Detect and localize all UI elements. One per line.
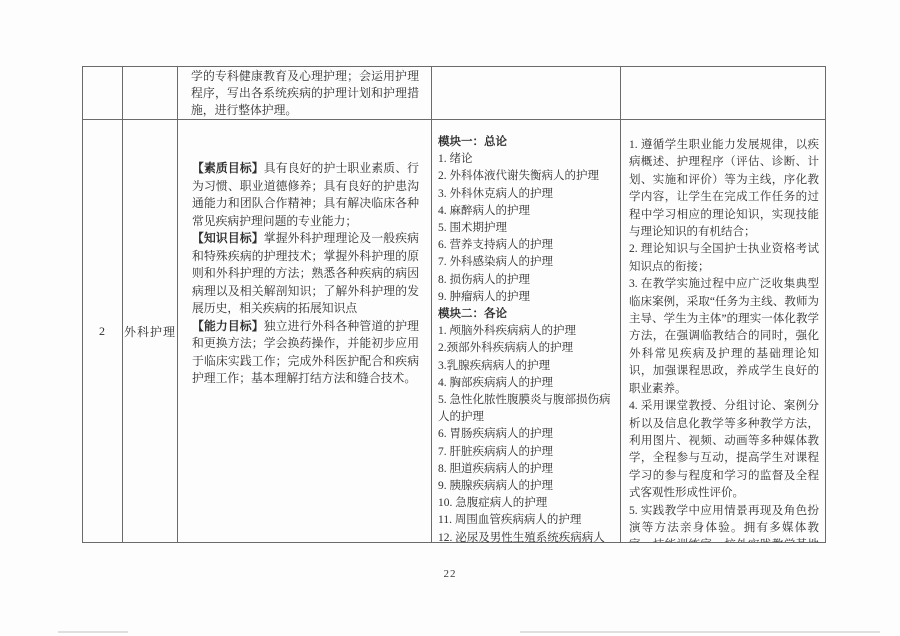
page-number: 22 — [0, 568, 900, 580]
module-item: 3.乳腺疾病病人的护理 — [438, 358, 612, 375]
note-item: 3. 在教学实施过程中应广泛收集典型临床案例，采取“任务为主线、教师为主导、学生… — [629, 276, 819, 398]
module-two-list: 1. 颅脑外科疾病病人的护理2.颈部外科疾病病人的护理3.乳腺疾病病人的护理4.… — [438, 323, 612, 542]
note-item: 4. 采用课堂教授、分组讨论、案例分析以及信息化教学等多种教学方法，利用图片、视… — [629, 398, 819, 502]
table-row-continuation: 学的专科健康教育及心理护理；会运用护理程序，写出各系统疾病的护理计划和护理措施，… — [83, 67, 825, 120]
scan-artifact-line — [58, 631, 128, 633]
quality-goal-paragraph: 【素质目标】具有良好的护士职业素质、行为习惯、职业道德修养；具有良好的护患沟通能… — [192, 160, 419, 230]
module-item: 12. 泌尿及男性生殖系统疾病病人的 — [438, 530, 612, 542]
course-index: 2 — [83, 120, 123, 542]
ability-goal-label: 【能力目标】 — [192, 319, 264, 333]
scan-artifact-line — [520, 631, 880, 633]
course-name: 外科护理 — [123, 120, 178, 542]
module-item: 1. 绪论 — [438, 151, 612, 168]
module-item: 6. 营养支持病人的护理 — [438, 237, 612, 254]
module-one-heading: 模块一：总论 — [438, 134, 612, 151]
module-item: 5. 急性化脓性腹膜炎与腹部损伤病人的护理 — [438, 392, 612, 426]
note-item: 2. 理论知识与全国护士执业资格考试知识点的衔接； — [629, 241, 819, 276]
module-item: 2.颈部外科疾病病人的护理 — [438, 340, 612, 357]
knowledge-goal-paragraph: 【知识目标】掌握外科护理理论及一般疾病和特殊疾病的护理技术；掌握外科护理的原则和… — [192, 230, 419, 318]
course-syllabus-table: 学的专科健康教育及心理护理；会运用护理程序，写出各系统疾病的护理计划和护理措施，… — [82, 66, 826, 543]
module-one-list: 1. 绪论2. 外科体液代谢失衡病人的护理3. 外科休克病人的护理4. 麻醉病人… — [438, 151, 612, 306]
module-item: 3. 外科休克病人的护理 — [438, 186, 612, 203]
empty-notes-cell — [621, 67, 825, 119]
module-item: 8. 损伤病人的护理 — [438, 272, 612, 289]
module-item: 4. 胸部疾病病人的护理 — [438, 375, 612, 392]
knowledge-goal-label: 【知识目标】 — [192, 231, 264, 245]
module-item: 2. 外科体液代谢失衡病人的护理 — [438, 168, 612, 185]
ability-goal-paragraph: 【能力目标】独立进行外科各种管道的护理和更换方法；学会换药操作，并能初步应用于临… — [192, 318, 419, 388]
note-item: 1. 遵循学生职业能力发展规律，以疾病概述、护理程序（评估、诊断、计划、实施和评… — [629, 137, 819, 241]
module-item: 7. 外科感染病人的护理 — [438, 254, 612, 271]
module-item: 9. 胰腺疾病病人的护理 — [438, 478, 612, 495]
course-goals-cell: 【素质目标】具有良好的护士职业素质、行为习惯、职业道德修养；具有良好的护患沟通能… — [178, 120, 432, 542]
goals-continuation-text: 学的专科健康教育及心理护理；会运用护理程序，写出各系统疾病的护理计划和护理措施，… — [178, 67, 432, 119]
module-item: 6. 胃肠疾病病人的护理 — [438, 426, 612, 443]
teaching-notes-list: 1. 遵循学生职业能力发展规律，以疾病概述、护理程序（评估、诊断、计划、实施和评… — [629, 137, 819, 542]
module-item: 5. 围术期护理 — [438, 220, 612, 237]
empty-modules-cell — [432, 67, 621, 119]
note-item: 5. 实践教学中应用情景再现及角色扮演等方法亲身体验。拥有多媒体教室、技能训练室… — [629, 503, 819, 542]
module-item: 4. 麻醉病人的护理 — [438, 203, 612, 220]
module-item: 10. 急腹症病人的护理 — [438, 495, 612, 512]
module-item: 1. 颅脑外科疾病病人的护理 — [438, 323, 612, 340]
module-item: 8. 胆道疾病病人的护理 — [438, 461, 612, 478]
module-item: 9. 肿瘤病人的护理 — [438, 289, 612, 306]
module-item: 11. 周围血管疾病病人的护理 — [438, 512, 612, 529]
teaching-notes-cell: 1. 遵循学生职业能力发展规律，以疾病概述、护理程序（评估、诊断、计划、实施和评… — [621, 120, 825, 542]
course-modules-cell: 模块一：总论 1. 绪论2. 外科体液代谢失衡病人的护理3. 外科休克病人的护理… — [432, 120, 621, 542]
empty-index-cell — [83, 67, 123, 119]
module-item: 7. 肝脏疾病病人的护理 — [438, 444, 612, 461]
quality-goal-label: 【素质目标】 — [192, 161, 264, 175]
table-row-surgical-nursing: 2 外科护理 【素质目标】具有良好的护士职业素质、行为习惯、职业道德修养；具有良… — [83, 120, 825, 542]
module-two-heading: 模块二：各论 — [438, 306, 612, 323]
empty-course-cell — [123, 67, 178, 119]
